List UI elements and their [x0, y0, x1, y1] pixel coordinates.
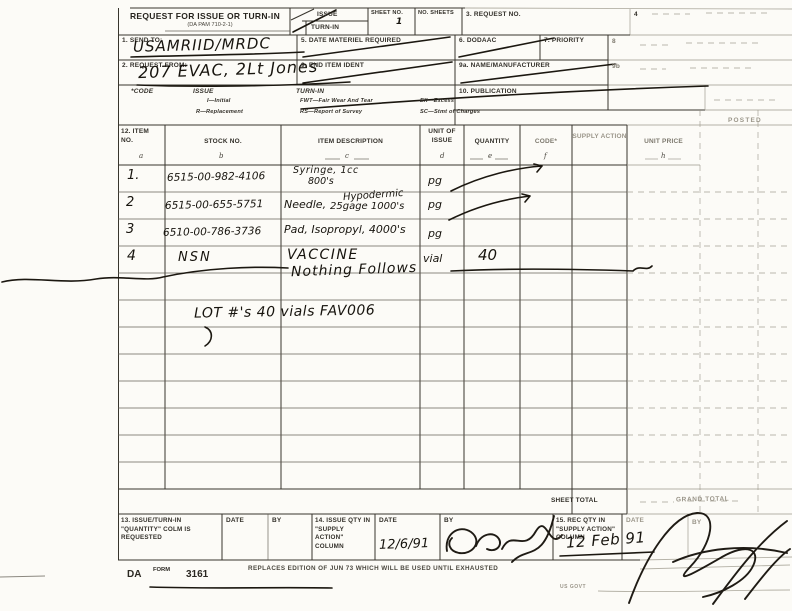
unit-of-issue: pg [428, 228, 442, 239]
box8-number: 8 [612, 38, 616, 47]
box14-by-label: BY [444, 517, 453, 526]
request-from-underline [137, 82, 350, 86]
form-id-da: DA [127, 569, 141, 580]
form-id-number: 3161 [186, 569, 208, 580]
form-title: REQUEST FOR ISSUE OR TURN-IN [120, 11, 290, 21]
issuer-signature [447, 516, 562, 562]
nothing-follows-line-right [451, 266, 652, 271]
form-number-underline [150, 587, 332, 588]
sheet-total-label: SHEET TOTAL [551, 497, 598, 506]
col-qty-header: QUANTITY [464, 138, 520, 147]
scanned-form-da3161: REQUEST FOR ISSUE OR TURN-IN (DA PAM 710… [0, 0, 792, 611]
unit-of-issue: pg [428, 199, 442, 210]
quantity-value: 40 [478, 248, 497, 263]
stock-no: 6515-00-655-5751 [165, 199, 263, 211]
legend-issue-replacement: R—Replacement [196, 109, 243, 117]
legend-turnin-rs: RS—Report of Survey [300, 109, 362, 117]
col-letter-b: b [219, 152, 223, 160]
item-desc: Syringe, 1cc [293, 166, 359, 176]
item-desc: VACCINE [287, 248, 359, 262]
box15-by-label: BY [692, 519, 701, 528]
grand-total-label: GRAND TOTAL [676, 496, 729, 506]
nothing-follows-line-left [2, 267, 288, 282]
issue-checkbox-label: ISSUE [317, 11, 338, 20]
legend-turnin-fwt: FWT—Fair Wear And Tear [300, 98, 373, 106]
rec-date-value: 12 Feb 91 [566, 530, 646, 551]
turnin-checkbox-label: TURN-IN [311, 24, 339, 33]
box9b-number: 9b [612, 63, 620, 72]
request-no-label: 3. REQUEST NO. [466, 11, 521, 20]
legend-turnin-heading: TURN-IN [296, 88, 324, 97]
item-desc: Pad, Isopropyl, 4000's [284, 224, 406, 235]
send-to-value: USAMRIID/MRDC [133, 36, 271, 55]
box14-date-label: DATE [379, 517, 397, 526]
col-letter-a: a [139, 152, 143, 160]
col-code-header: CODE* [520, 138, 572, 147]
col-item-header: 12. ITEM NO. [121, 128, 163, 146]
gpo-note: US GOVT [560, 584, 586, 590]
item-no: 3 [126, 223, 134, 236]
box14-label: 14. ISSUE QTY IN "SUPPLY ACTION" COLUMN [315, 517, 371, 551]
receiver-signature [629, 513, 790, 604]
request-from-value: 207 EVAC, 2Lt Jones [138, 59, 319, 81]
box13-label: 13. ISSUE/TURN-IN "QUANTITY" COLM IS REQ… [121, 517, 213, 543]
item-desc-2: 800's [308, 177, 334, 187]
posted-column-header: POSTED [728, 117, 762, 126]
replaces-edition-note: REPLACES EDITION OF JUN 73 WHICH WILL BE… [248, 565, 498, 572]
name-manufacturer-label: 9a. NAME/MANUFACTURER [459, 62, 550, 71]
col-unit-header: UNIT OF ISSUE [421, 128, 463, 146]
col-letter-d: d [440, 152, 444, 160]
col-letter-c: c [345, 152, 349, 160]
rec-date-underline [560, 552, 654, 556]
lot-numbers-note: LOT #'s 40 vials FAV006 [194, 303, 375, 320]
legend-stmt-charges: SC—Stmt of Charges [420, 109, 480, 117]
col-letter-f: f [544, 152, 547, 160]
col-price-header: UNIT PRICE [627, 138, 700, 147]
publication-label: 10. PUBLICATION [459, 88, 517, 97]
unit-of-issue: pg [428, 175, 442, 186]
stock-no: 6510-00-786-3736 [163, 226, 261, 238]
unit-of-issue: vial [423, 253, 442, 264]
col-letter-e: e [488, 152, 492, 160]
box13-by-label: BY [272, 517, 281, 526]
lot-brace [205, 327, 211, 346]
date-materiel-label: 5. DATE MATERIEL REQUIRED [301, 37, 401, 46]
item-desc-3: 25gage 1000's [330, 202, 404, 212]
col-supply-header: SUPPLY ACTION [572, 133, 627, 142]
col-desc-header: ITEM DESCRIPTION [281, 138, 420, 147]
item-no: 4 [127, 249, 136, 263]
form-id-form: FORM [153, 567, 170, 573]
quantity-arrow-1 [451, 164, 542, 191]
issue-date-value: 12/6/91 [379, 537, 430, 552]
box4-number: 4 [634, 11, 638, 20]
stock-no: 6515-00-982-4106 [167, 171, 265, 183]
sheet-no-value: 1 [396, 18, 402, 27]
priority-label: 7. PRIORITY [544, 37, 584, 46]
dodaac-label: 6. DODAAC [459, 37, 497, 46]
form-subtitle: (DA PAM 710-2-1) [150, 22, 270, 28]
code-legend-label: *CODE [131, 88, 153, 97]
legend-issue-heading: ISSUE [193, 88, 214, 97]
col-letter-h: h [661, 152, 666, 160]
item-no: 2 [126, 196, 134, 209]
end-item-label: 9. END ITEM IDENT [301, 62, 364, 71]
sheet-no-label: SHEET NO. [371, 10, 413, 18]
box15-date-label: DATE [626, 517, 644, 526]
item-no: 1. [127, 169, 139, 182]
col-stock-header: STOCK NO. [165, 138, 281, 147]
nothing-follows-note: Nothing Follows [291, 261, 418, 279]
no-sheets-label: NO. SHEETS [418, 10, 460, 18]
box13-date-label: DATE [226, 517, 244, 526]
quantity-arrow-2 [449, 194, 530, 220]
stock-no: NSN [178, 251, 212, 264]
item-desc: Needle, [284, 199, 326, 210]
legend-excess: EX—Excess [420, 98, 454, 106]
legend-issue-initial: I—Initial [207, 98, 231, 106]
